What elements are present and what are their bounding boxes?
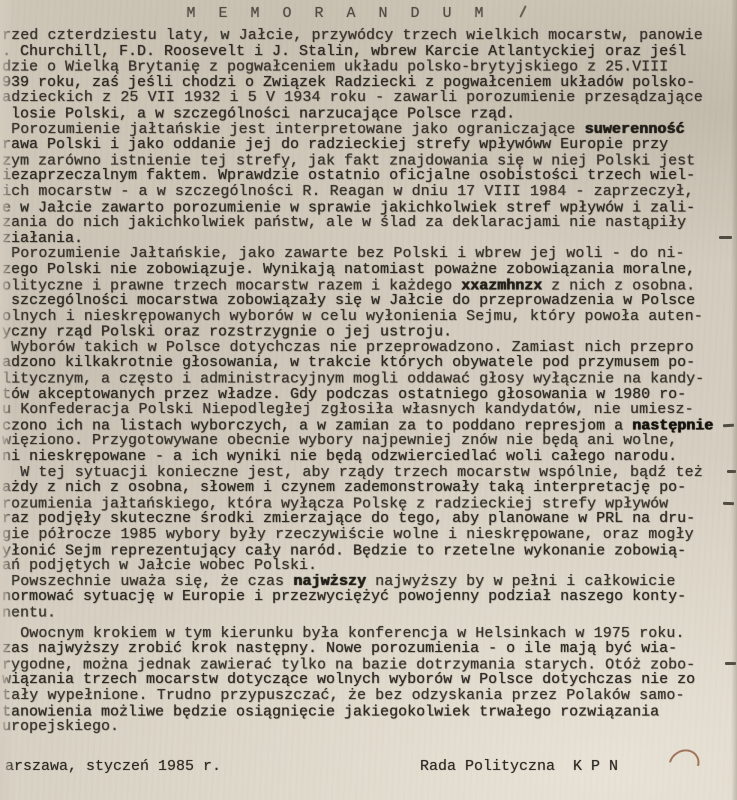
line-text: ni nieskrępowane - a ich wyniki nie będą…: [2, 448, 677, 465]
line-text: wiązania trzech mocarstw dotyczące wolny…: [2, 671, 695, 688]
line-text: Porozumienie jałtańskie jest interpretow…: [2, 121, 585, 138]
line-text: u Konfederacja Polski Niepodległej zgłos…: [2, 401, 694, 418]
document-line: raz podjęły skuteczne środki zmierzające…: [2, 511, 737, 527]
document-line: ziałania.: [2, 231, 737, 247]
line-text: tały wypełnione. Trudno przypuszczać, że…: [2, 687, 685, 704]
document-line: wiązania trzech mocarstw dotyczące wolny…: [2, 672, 737, 688]
line-text: zas najwyższy zrobić krok następny. Nowe…: [2, 640, 677, 657]
line-text: adzono kilkakrotnie głosowania, w trakci…: [2, 354, 695, 371]
document-line: W tej sytuacji konieczne jest, aby rządy…: [2, 465, 737, 481]
paragraph: Porozumienie jałtańskie jest interpretow…: [2, 122, 737, 247]
line-text: olnych i nieskrępowanych wyborów w celu …: [2, 308, 703, 325]
overtyped-text: najwższy: [293, 573, 366, 590]
document-line: rawa Polski i jako oddanie jej do radzie…: [2, 137, 737, 153]
document-line: uropejskiego.: [2, 719, 737, 735]
line-text: zego Polski nie zobowiązuje. Wynikają na…: [2, 261, 695, 278]
line-text: szczególności mocarstwa zobowiązały się …: [2, 292, 695, 309]
dateline: arszawa, styczeń 1985 r.: [5, 758, 221, 775]
overtyped-text: xxazmhnzx: [461, 277, 542, 294]
document-line: Powszechnie uważa się, że czas najwższy …: [2, 574, 737, 590]
document-line: Wyborów takich w Polsce dotychczas nie p…: [2, 340, 737, 356]
document-line: litycznym, a często i administracyjnym m…: [2, 371, 737, 387]
paragraph: Wyborów takich w Polsce dotychczas nie p…: [2, 340, 737, 465]
document-line: Porozumienie jałtańskie jest interpretow…: [2, 122, 737, 138]
line-text: litycznym, a często i administracyjnym m…: [2, 370, 704, 387]
document-line: rygodne, można jednak zawierać tylko na …: [2, 657, 737, 673]
line-text: adzieckich z 25 VII 1932 i 5 V 1934 roku…: [2, 89, 703, 106]
line-text: normować sytuację w Europie i przezwycię…: [2, 588, 686, 605]
document-line: gie półrocze 1985 wybory były rzeczywiśc…: [2, 527, 737, 543]
paragraph: Owocnym krokiem w tym kierunku była konf…: [2, 626, 737, 735]
document-line: nentu.: [2, 605, 737, 621]
document-line: więziono. Przygotowywane obecnie wybory …: [2, 433, 737, 449]
line-text: rygodne, można jednak zawierać tylko na …: [2, 656, 695, 673]
document-line: . Churchill, F.D. Roosevelt i J. Stalin,…: [2, 44, 737, 60]
document-line: zym zarówno istnienie tej strefy, jak fa…: [2, 153, 737, 169]
document-line: iezaprzeczalnym faktem. Wprawdzie ostatn…: [2, 168, 737, 184]
document-footer: arszawa, styczeń 1985 r. Rada Polityczna…: [0, 758, 737, 778]
line-text: ażdy z nich z osobna, słowem i czynem za…: [2, 479, 686, 496]
line-text: . Churchill, F.D. Roosevelt i J. Stalin,…: [2, 43, 686, 60]
document-line: adzieckich z 25 VII 1932 i 5 V 1934 roku…: [2, 90, 737, 106]
line-text: Porozumienie Jałtańskie, jako zawarte be…: [2, 245, 685, 262]
paragraph: Powszechnie uważa się, że czas najwższy …: [2, 574, 737, 621]
line-text: dzie o Wielką Brytanię z pogwałceniem uk…: [2, 59, 668, 76]
document-line: ich mocarstw - a w szczególności R. Reag…: [2, 184, 737, 200]
line-text: Owocnym krokiem w tym kierunku była konf…: [2, 625, 685, 642]
paragraph: Porozumienie Jałtańskie, jako zawarte be…: [2, 246, 737, 340]
document-line: tały wypełnione. Trudno przypuszczać, że…: [2, 688, 737, 704]
document-line: Owocnym krokiem w tym kierunku była konf…: [2, 626, 737, 642]
document-line: adzono kilkakrotnie głosowania, w trakci…: [2, 355, 737, 371]
line-text: rawa Polski i jako oddanie jej do radzie…: [2, 136, 668, 153]
line-text: nentu.: [2, 604, 56, 621]
line-text: zym zarówno istnienie tej strefy, jak fa…: [2, 152, 695, 169]
document-line: zania do nich jakichkolwiek państw, ale …: [2, 215, 737, 231]
document-line: u Konfederacja Polski Niepodległej zgłos…: [2, 402, 737, 418]
document-line: ażdy z nich z osobna, słowem i czynem za…: [2, 480, 737, 496]
memorandum-page: M E M O R A N D U M rzed czterdziestu la…: [0, 0, 737, 800]
line-text: najwyższy by w pełni i całkowicie: [366, 573, 675, 590]
document-line: rzed czterdziestu laty, w Jałcie, przywó…: [2, 28, 737, 44]
document-line: dzie o Wielką Brytanię z pogwałceniem uk…: [2, 60, 737, 76]
overtyped-text: suwerenność: [585, 121, 685, 138]
document-line: szczególności mocarstwa zobowiązały się …: [2, 293, 737, 309]
document-line: zas najwyższy zrobić krok następny. Nowe…: [2, 641, 737, 657]
document-line: normować sytuację w Europie i przezwycię…: [2, 589, 737, 605]
line-text: uropejskiego.: [2, 718, 119, 735]
document-body: rzed czterdziestu laty, w Jałcie, przywó…: [0, 28, 737, 735]
signature: Rada Polityczna K P N: [420, 758, 618, 775]
line-text: olityczne i prawne trzech mocarstw razem…: [2, 277, 461, 294]
document-line: olnych i nieskrępowanych wyborów w celu …: [2, 309, 737, 325]
line-text: Wyborów takich w Polsce dotychczas nie p…: [2, 339, 694, 356]
line-text: ań podjętych w Jałcie wobec Polski.: [2, 557, 317, 574]
line-text: W tej sytuacji konieczne jest, aby rządy…: [2, 464, 703, 481]
line-text: z nich z osobna.: [542, 277, 695, 294]
document-line: Porozumienie Jałtańskie, jako zawarte be…: [2, 246, 737, 262]
document-line: rozumienia jałtańskiego, która wyłącza P…: [2, 496, 737, 512]
line-text: zania do nich jakichkolwiek państw, ale …: [2, 214, 686, 231]
paragraph: rzed czterdziestu laty, w Jałcie, przywó…: [2, 28, 737, 122]
document-line: ań podjętych w Jałcie wobec Polski.: [2, 558, 737, 574]
paragraph: W tej sytuacji konieczne jest, aby rządy…: [2, 465, 737, 574]
document-line: tów akceptowanych przez władze. Gdy podc…: [2, 387, 737, 403]
line-text: iezaprzeczalnym faktem. Wprawdzie ostatn…: [2, 167, 695, 184]
document-line: zego Polski nie zobowiązuje. Wynikają na…: [2, 262, 737, 278]
line-text: gie półrocze 1985 wybory były rzeczywiśc…: [2, 526, 694, 543]
document-title: M E M O R A N D U M: [0, 5, 707, 22]
document-line: ni nieskrępowane - a ich wyniki nie będą…: [2, 449, 737, 465]
line-text: więziono. Przygotowywane obecnie wybory …: [2, 432, 677, 449]
line-text: raz podjęły skuteczne środki zmierzające…: [2, 510, 695, 527]
line-text: rozumienia jałtańskiego, która wyłącza P…: [2, 495, 668, 512]
line-text: ich mocarstw - a w szczególności R. Reag…: [2, 183, 694, 200]
line-text: rzed czterdziestu laty, w Jałcie, przywó…: [2, 27, 703, 44]
line-text: Powszechnie uważa się, że czas: [2, 573, 293, 590]
document-line: olityczne i prawne trzech mocarstw razem…: [2, 278, 737, 294]
